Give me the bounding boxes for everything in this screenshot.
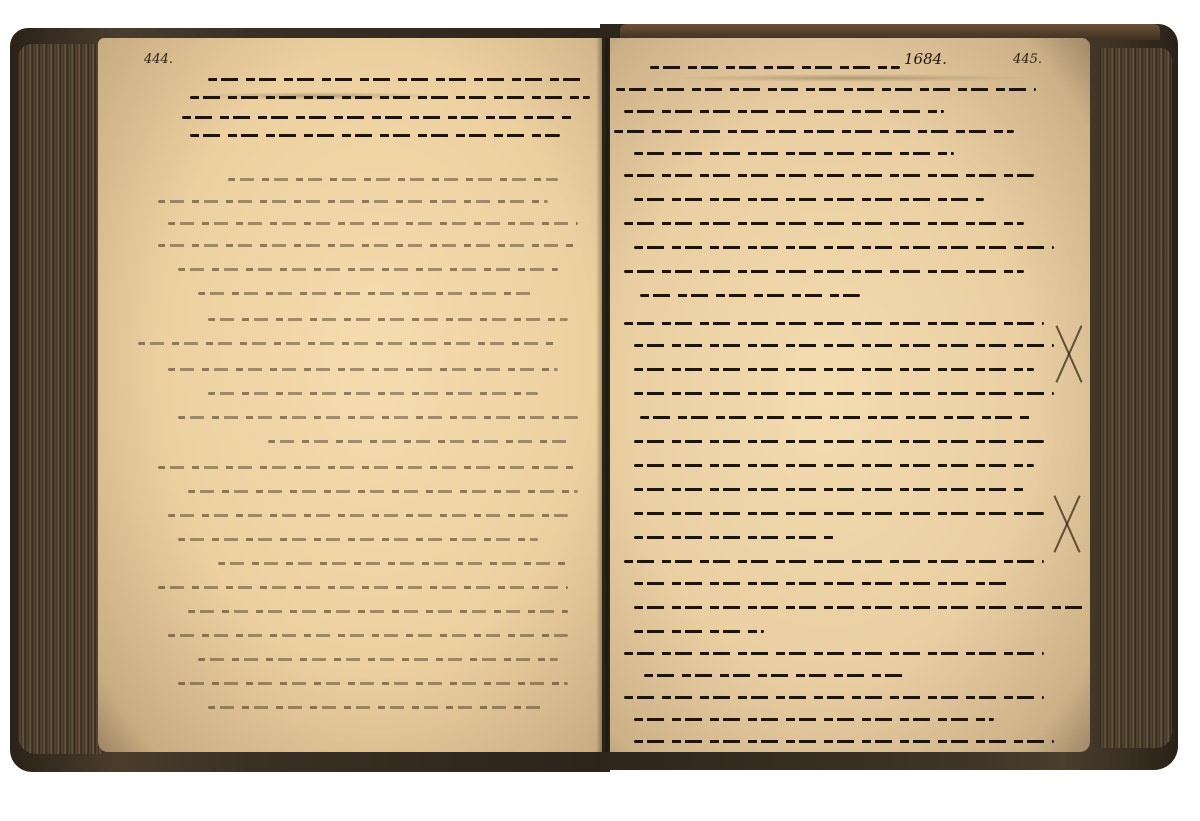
- right-page: 1684. 445.: [610, 38, 1090, 752]
- open-book: 444.: [10, 24, 1178, 774]
- right-page-header: Leonirem … Nüßlen: [0, 0, 1, 1]
- margin-cross-mark-1: [1050, 323, 1090, 383]
- year-heading: 1684.: [904, 50, 947, 68]
- left-page: 444.: [98, 38, 602, 752]
- left-page-edges: [18, 44, 102, 754]
- page-number-right: 445.: [1013, 52, 1042, 67]
- margin-cross-mark-2: [1048, 493, 1088, 553]
- page-number-left: 444.: [144, 52, 173, 67]
- right-page-edges: [1100, 48, 1172, 748]
